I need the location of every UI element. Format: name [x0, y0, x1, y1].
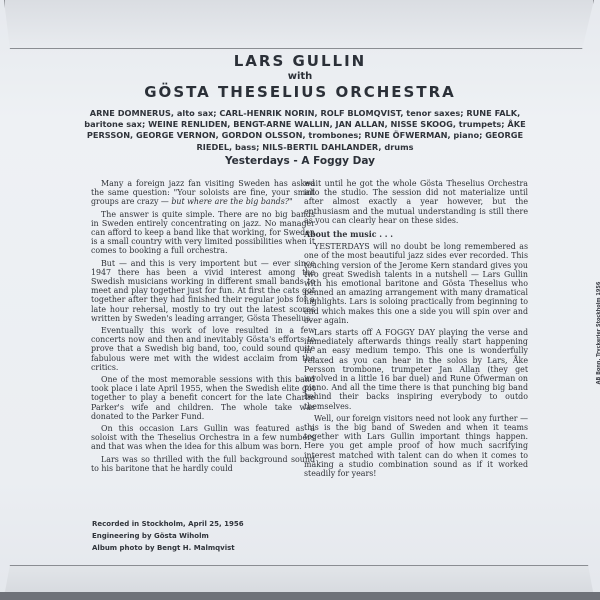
paragraph: The answer is quite simple. There are no…: [91, 210, 315, 256]
paragraph: Eventually this work of love resulted in…: [91, 326, 315, 372]
paragraph-italic: but where are the big bands?": [171, 197, 292, 206]
personnel-list: ARNE DOMNERUS, alto sax; CARL-HENRIK NOR…: [80, 108, 530, 153]
section-subheading: About the music . . .: [304, 230, 528, 239]
header: LARS GULLIN with GÖSTA THESELIUS ORCHEST…: [0, 52, 600, 101]
recorded-credit: Recorded in Stockholm, April 25, 1956: [92, 518, 352, 530]
record-sleeve-back: LARS GULLIN with GÖSTA THESELIUS ORCHEST…: [0, 0, 600, 600]
paragraph: On this occasion Lars Gullin was feature…: [91, 424, 315, 452]
liner-notes-right-column: wait until he got the whole Gösta Thesel…: [304, 179, 528, 481]
photo-credit: Album photo by Bengt H. Malmqvist: [92, 542, 352, 554]
orchestra-name: GÖSTA THESELIUS ORCHESTRA: [0, 83, 600, 101]
paragraph: YESTERDAYS will no doubt be long remembe…: [304, 242, 528, 325]
paragraph: Lars starts off A FOGGY DAY playing the …: [304, 328, 528, 411]
bottom-edge: [0, 592, 600, 600]
paragraph: Well, our foreign visitors need not look…: [304, 414, 528, 478]
liner-notes-left-column: Many a foreign jazz fan visiting Sweden …: [91, 179, 315, 476]
credits: Recorded in Stockholm, April 25, 1956 En…: [92, 518, 352, 554]
paragraph: Many a foreign jazz fan visiting Sweden …: [91, 179, 315, 207]
with-label: with: [0, 71, 600, 82]
printer-credit: AB Bonn. Tryckerier Stockholm 1956: [596, 258, 600, 408]
engineering-credit: Engineering by Gösta Wiholm: [92, 530, 352, 542]
paragraph: But — and this is very importent but — e…: [91, 259, 315, 323]
artist-name: LARS GULLIN: [0, 52, 600, 70]
paragraph: One of the most memorable sessions with …: [91, 375, 315, 421]
top-flap: [4, 0, 594, 49]
paragraph: wait until he got the whole Gösta Thesel…: [304, 179, 528, 225]
paragraph: Lars was so thrilled with the full backg…: [91, 455, 315, 473]
song-title: Yesterdays - A Foggy Day: [0, 155, 600, 167]
